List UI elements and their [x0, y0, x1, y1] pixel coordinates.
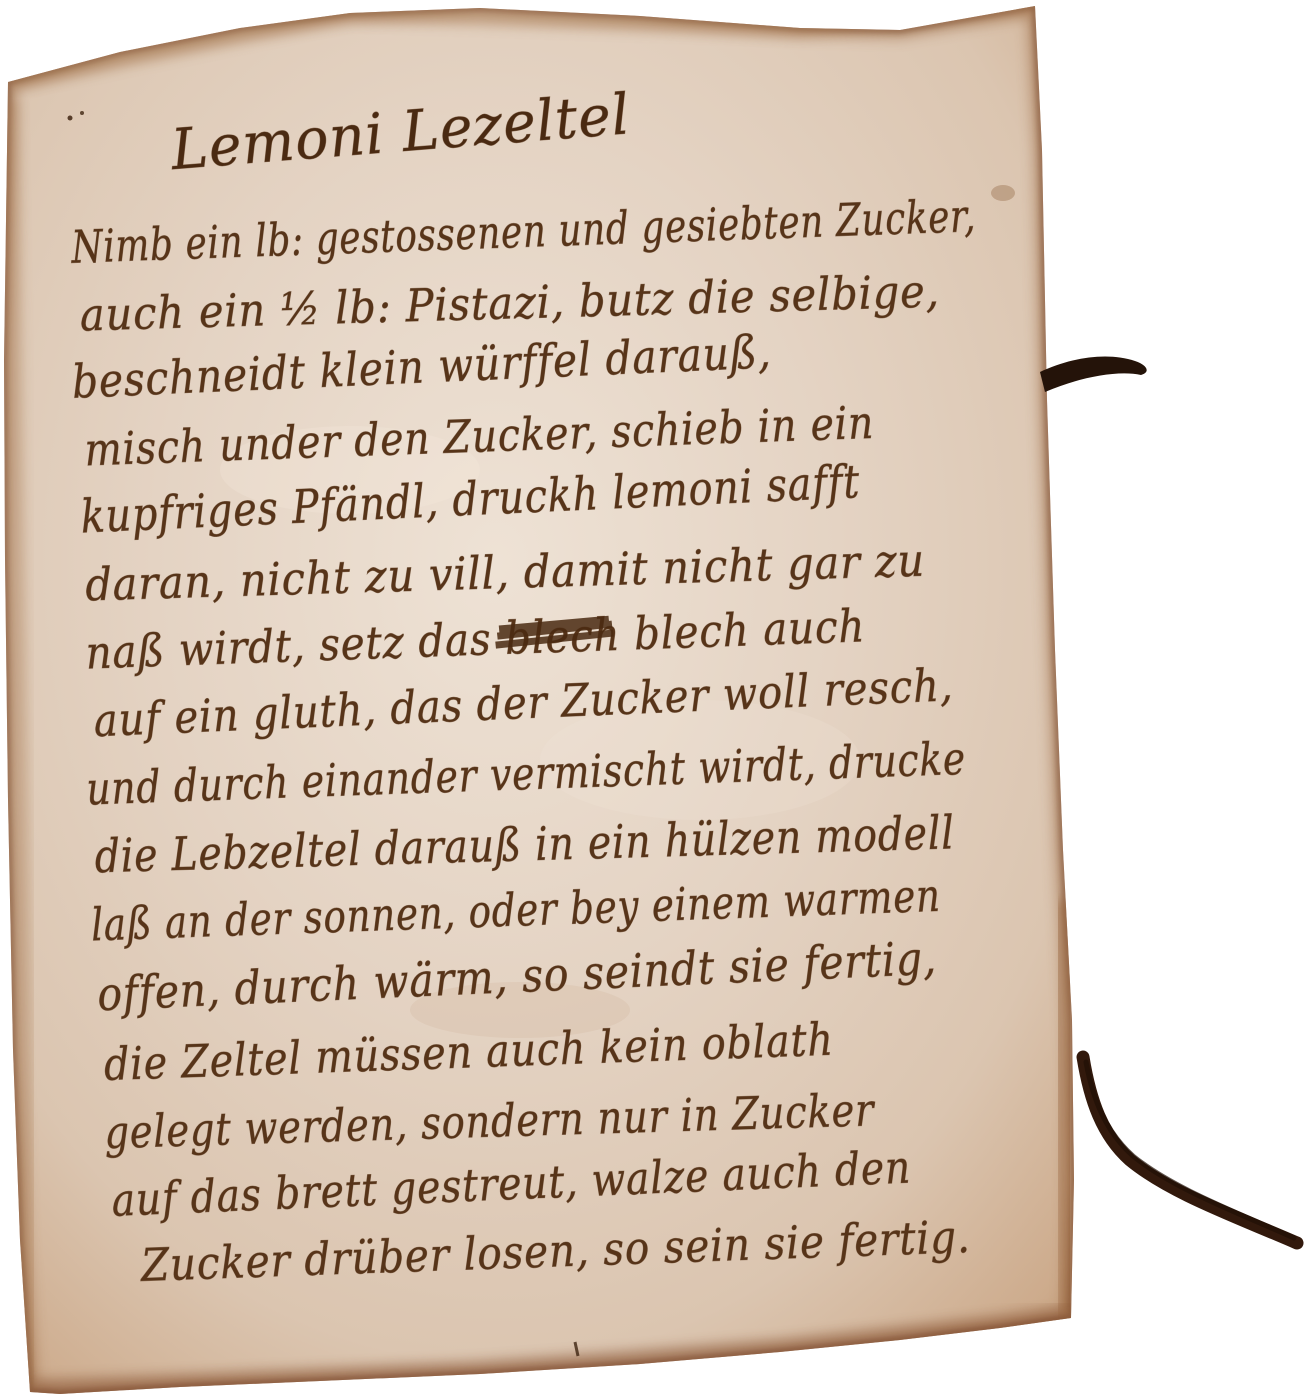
- manuscript-photo-svg: Lemoni Lezeltel Nimb ein lb: gestossenen…: [0, 0, 1307, 1400]
- leather-tie-top: [1040, 357, 1147, 392]
- manuscript-photo: Lemoni Lezeltel Nimb ein lb: gestossenen…: [0, 0, 1307, 1400]
- binding-ties: [1040, 357, 1297, 1243]
- leather-lace-bottom: [1083, 1057, 1297, 1243]
